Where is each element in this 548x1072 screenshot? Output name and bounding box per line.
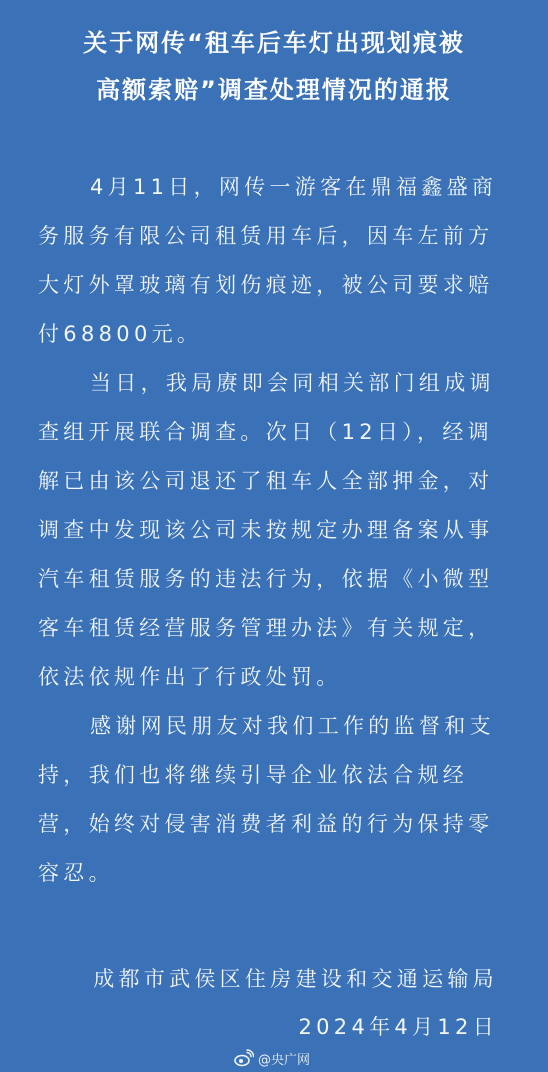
paragraph-1-line-1: 4月11日，网传一游客在鼎福鑫盛商: [90, 173, 500, 201]
watermark-text: @央广网: [258, 1049, 310, 1068]
paragraph-2-line-4: 调查中发现该公司未按规定办理备案从事: [38, 516, 500, 544]
paragraph-1-line-4: 付68800元。: [38, 320, 500, 348]
paragraph-2-line-7: 依法依规作出了行政处罚。: [38, 663, 500, 691]
title-line-2: 高额索赔”调查处理情况的通报: [0, 75, 548, 105]
issue-date: 2024年4月12日: [298, 1013, 498, 1041]
paragraph-2-line-1: 当日，我局赓即会同相关部门组成调: [90, 369, 500, 397]
issuer-name: 成都市武侯区住房建设和交通运输局: [93, 965, 498, 993]
weibo-icon: [234, 1049, 254, 1067]
paragraph-3-line-2: 持，我们也将继续引导企业依法合规经: [38, 761, 500, 789]
paragraph-3-line-4: 容忍。: [38, 859, 500, 887]
source-watermark: @央广网: [234, 1047, 310, 1069]
paragraph-2-line-2: 查组开展联合调查。次日（12日），经调: [38, 418, 500, 446]
paragraph-3-line-1: 感谢网民朋友对我们工作的监督和支: [90, 712, 500, 740]
paragraph-2-line-5: 汽车租赁服务的违法行为，依据《小微型: [38, 565, 500, 593]
title-line-1: 关于网传“租车后车灯出现划痕被: [0, 28, 548, 58]
paragraph-3-line-3: 营，始终对侵害消费者利益的行为保持零: [38, 810, 500, 838]
paragraph-2-line-6: 客车租赁经营服务管理办法》有关规定，: [38, 614, 500, 642]
notice-page: 关于网传“租车后车灯出现划痕被 高额索赔”调查处理情况的通报 4月11日，网传一…: [0, 0, 548, 1072]
paragraph-2-line-3: 解已由该公司退还了租车人全部押金，对: [38, 467, 500, 495]
paragraph-1-line-2: 务服务有限公司租赁用车后，因车左前方: [38, 222, 500, 250]
paragraph-1-line-3: 大灯外罩玻璃有划伤痕迹，被公司要求赔: [38, 271, 500, 299]
